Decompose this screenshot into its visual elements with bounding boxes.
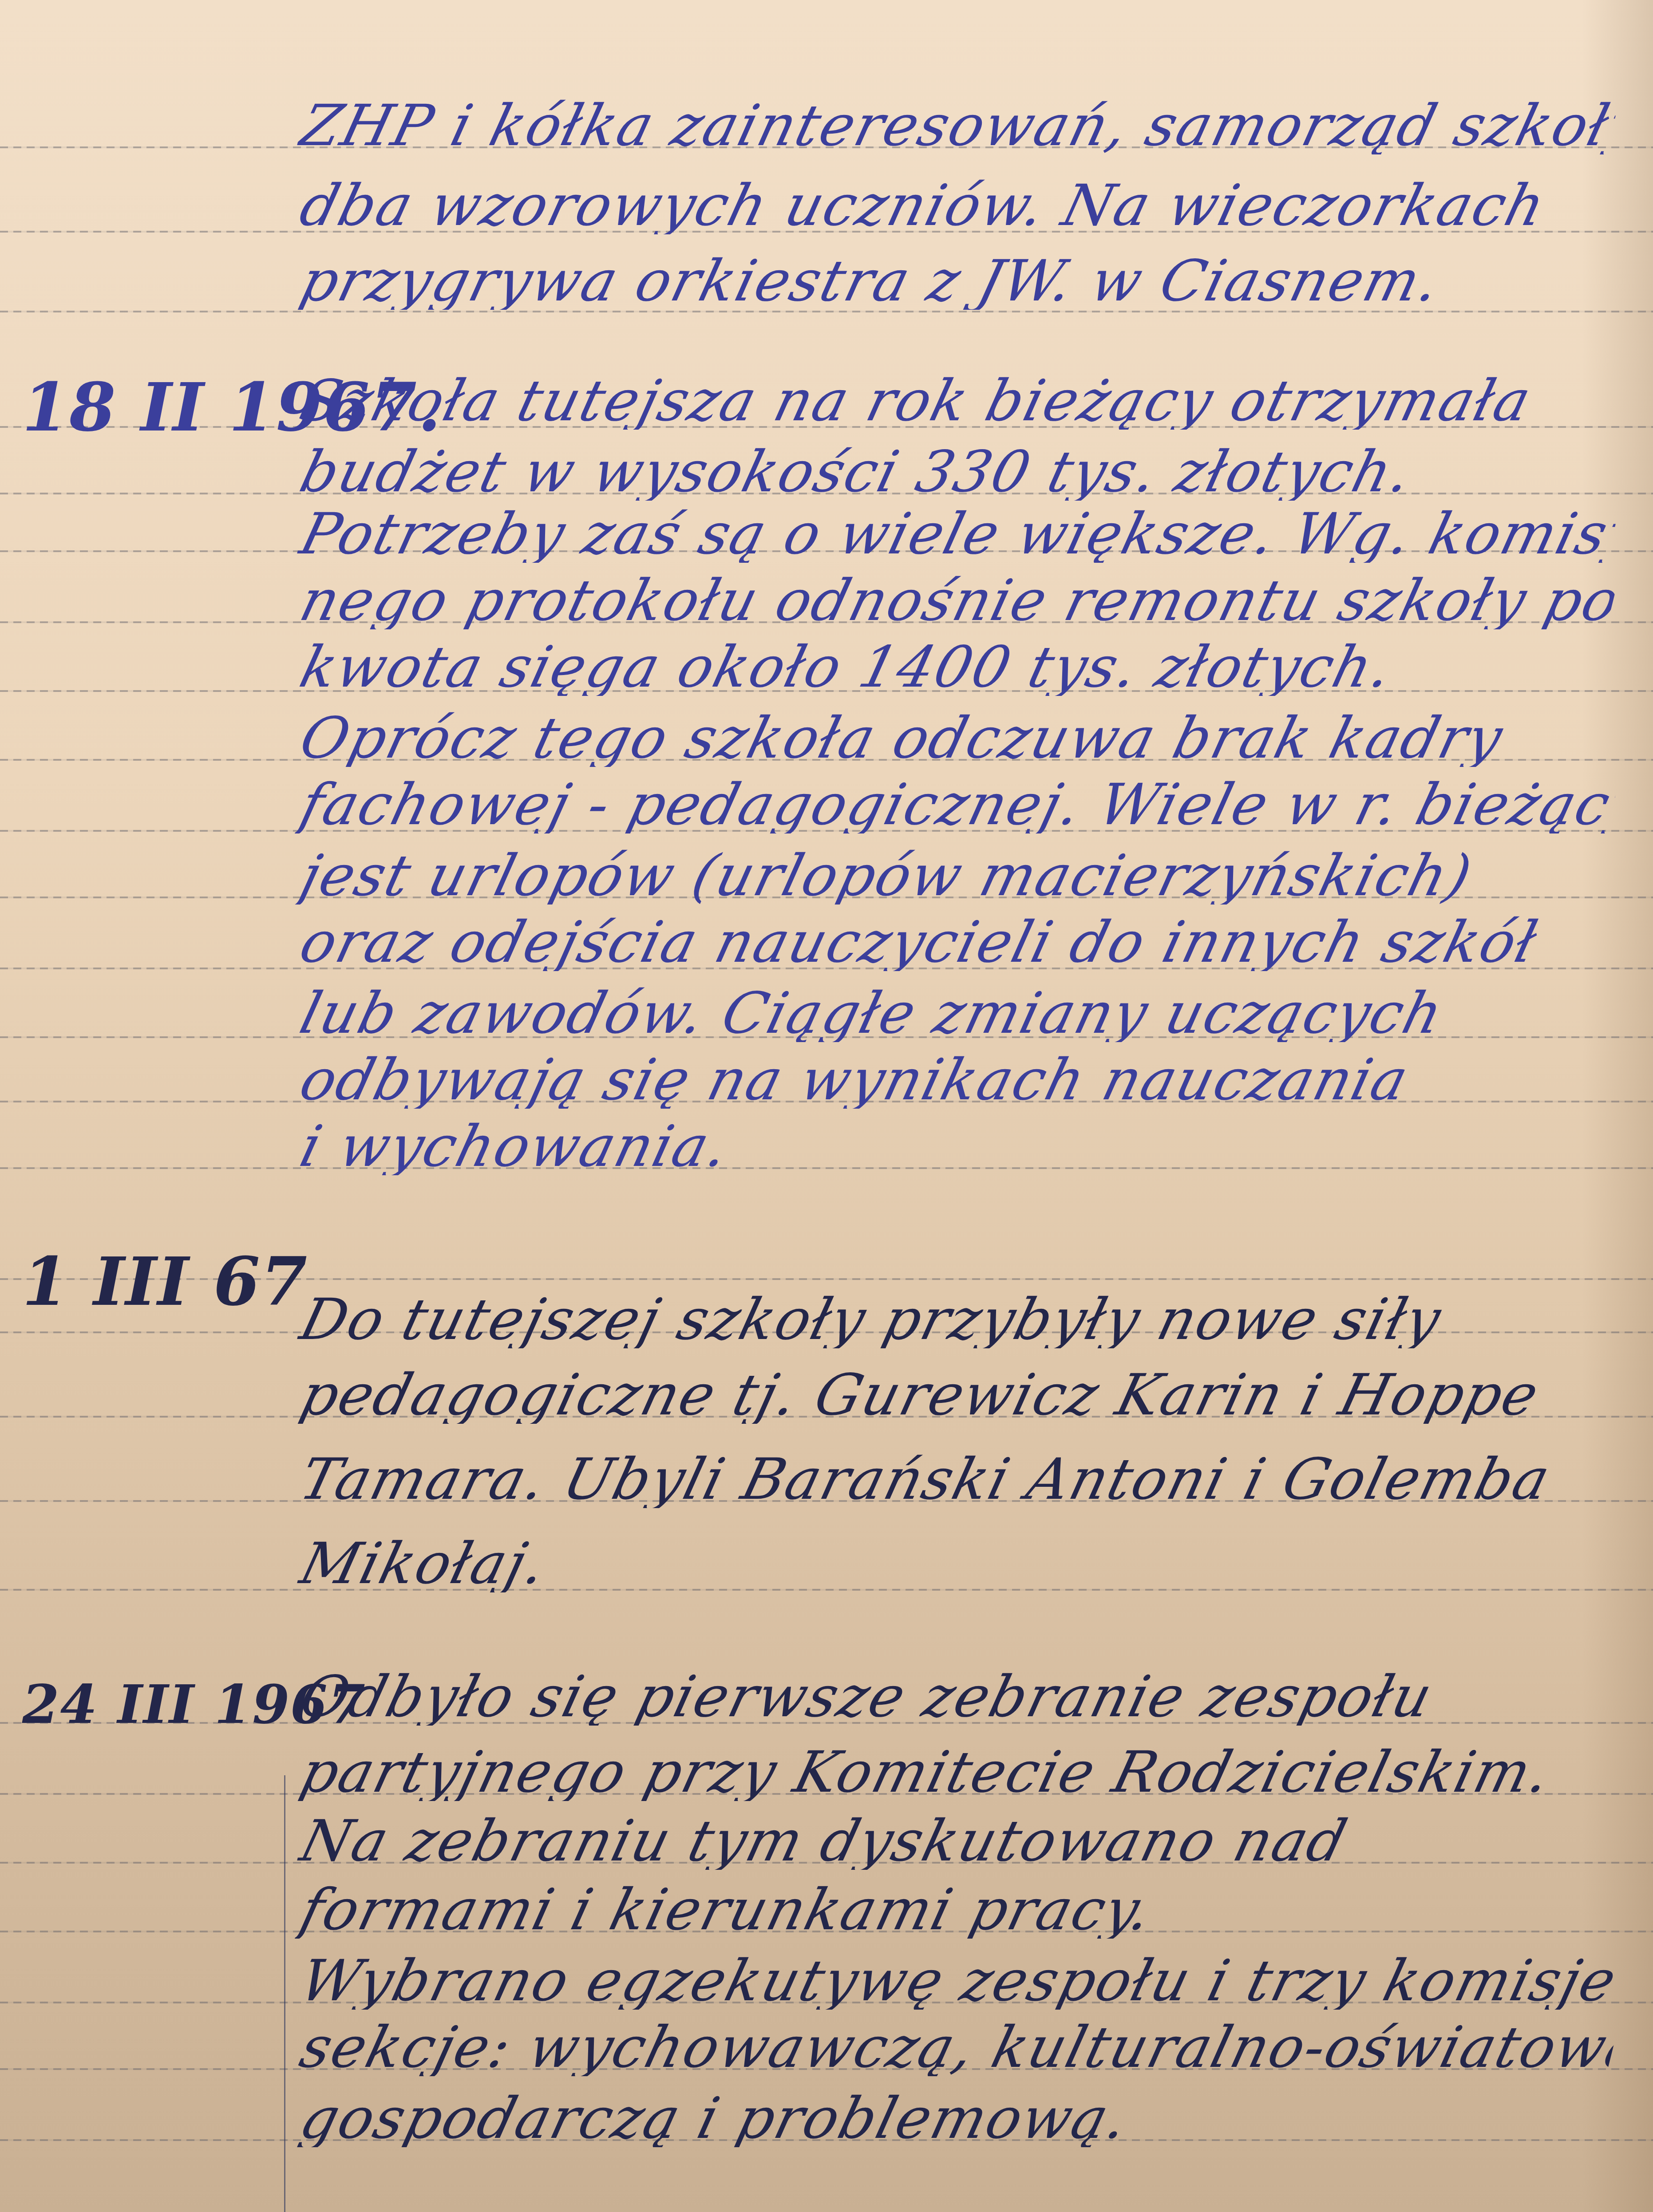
text-line: dba wzorowych uczniów. Na wieczorkach <box>295 178 1620 234</box>
text-line: ZHP i kółka zainteresowań, samorząd szko… <box>295 98 1620 154</box>
text-line: budżet w wysokości 330 tys. złotych. <box>295 444 1620 501</box>
text-line: i wychowania. <box>295 1118 1620 1175</box>
margin-line <box>284 1775 285 2212</box>
ruled-line <box>0 311 1653 312</box>
entry-date: 1 III 67 <box>22 1243 308 1321</box>
text-line: Tamara. Ubyli Barański Antoni i Golemba <box>295 1451 1620 1508</box>
text-line: oraz odejścia nauczycieli do innych szkó… <box>295 914 1620 971</box>
text-line: Na zebraniu tym dyskutowano nad <box>295 1813 1620 1870</box>
text-line: Oprócz tego szkoła odczuwa brak kadry <box>295 710 1620 767</box>
text-line: przygrywa orkiestra z JW. w Ciasnem. <box>295 253 1620 310</box>
text-line: Potrzeby zaś są o wiele większe. Wg. kom… <box>295 506 1620 563</box>
text-line: kwota sięga około 1400 tys. złotych. <box>295 639 1620 696</box>
text-line: partyjnego przy Komitecie Rodzicielskim. <box>295 1744 1620 1801</box>
text-line: Wybrano egzekutywę zespołu i trzy komisj… <box>295 1953 1620 2010</box>
text-line: nego protokołu odnośnie remontu szkoły p… <box>295 573 1620 629</box>
text-line: odbywają się na wynikach nauczania <box>295 1052 1620 1109</box>
text-line: formami i kierunkami pracy. <box>295 1882 1620 1939</box>
text-line: gospodarczą i problemową. <box>295 2090 1620 2147</box>
text-line: Mikołaj. <box>295 1536 1620 1592</box>
text-line: pedagogiczne tj. Gurewicz Karin i Hoppe <box>295 1367 1620 1424</box>
text-line: jest urlopów (urlopów macierzyńskich) <box>295 848 1620 905</box>
text-line: lub zawodów. Ciągłe zmiany uczących <box>295 985 1620 1042</box>
text-line: Odbyło się pierwsze zebranie zespołu <box>295 1669 1620 1726</box>
text-line: fachowej - pedagogicznej. Wiele w r. bie… <box>295 777 1620 833</box>
text-line: Szkoła tutejsza na rok bieżący otrzymała <box>295 373 1620 430</box>
text-line: sekcje: wychowawczą, kulturalno-oświatow… <box>295 2019 1620 2076</box>
text-line: Do tutejszej szkoły przybyły nowe siły <box>295 1292 1620 1348</box>
